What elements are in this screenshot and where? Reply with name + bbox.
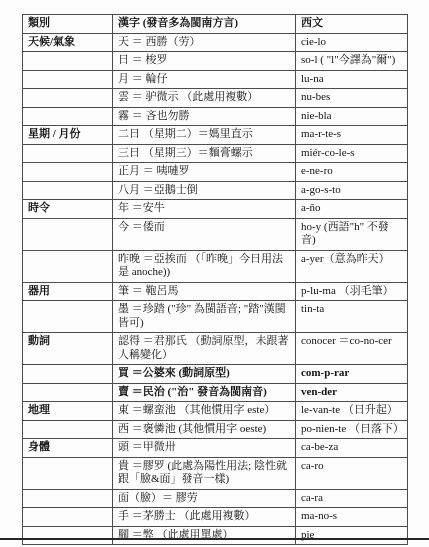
table-row: 面（臉）＝ 膠劳 ca-ra xyxy=(23,489,408,508)
west-cell: a-yer（意為昨天） xyxy=(296,250,408,282)
hanzi-cell: 日 ＝ 梭罗 xyxy=(113,52,296,71)
category-cell xyxy=(23,163,113,182)
table-row: 雲 ＝ 驴微示 （此處用複數） nu-bes xyxy=(23,89,408,108)
table-row: 正月 ＝ 咦嗹罗 e-ne-ro xyxy=(23,163,408,182)
west-cell: conocer ＝co-no-cer xyxy=(296,333,408,365)
category-cell xyxy=(23,52,113,71)
west-cell: nie-bla xyxy=(296,107,408,126)
header-west: 西文 xyxy=(296,15,408,34)
hanzi-cell: 貴 ＝膠罗 (此處為陽性用法; 陰性就跟「臉&面」發音一樣) xyxy=(113,457,296,489)
vocabulary-table: 類別 漢字 (發音多為閩南方言) 西文 天候/氣象 天 ＝ 西勝（劳） cie-… xyxy=(22,14,408,545)
table-row: 月 ＝ 輪仔 lu-na xyxy=(23,70,408,89)
hanzi-cell: 西 ＝褒憐池 (其他慣用字 oeste) xyxy=(113,420,296,439)
category-cell xyxy=(23,107,113,126)
category-cell xyxy=(23,301,113,333)
west-cell: nu-bes xyxy=(296,89,408,108)
hanzi-cell: 正月 ＝ 咦嗹罗 xyxy=(113,163,296,182)
table-row: 昨晚 ＝亞挨而 （「昨晚」今日用法是 anoche)) a-yer（意為昨天） xyxy=(23,250,408,282)
hanzi-cell: 賣 ＝民治 ("治" 發音為閩南音) xyxy=(113,383,296,402)
west-cell: ca-be-za xyxy=(296,439,408,458)
hanzi-cell: 八月 ＝亞鵝士倒 xyxy=(113,181,296,200)
table-row: 日 ＝ 梭罗 so-l ( "l"今譯為"爾") xyxy=(23,52,408,71)
category-cell: 器用 xyxy=(23,282,113,301)
hanzi-cell: 三日 （星期三）＝麵膏螺示 xyxy=(113,144,296,163)
category-cell xyxy=(23,181,113,200)
category-cell: 星期 / 月份 xyxy=(23,126,113,145)
west-cell: pie xyxy=(296,526,408,545)
category-cell xyxy=(23,250,113,282)
west-cell: ma-no-s xyxy=(296,508,408,527)
hanzi-cell: 月 ＝ 輪仔 xyxy=(113,70,296,89)
category-cell xyxy=(23,489,113,508)
table-row: 三日 （星期三）＝麵膏螺示 miér-co-le-s xyxy=(23,144,408,163)
west-cell: ca-ro xyxy=(296,457,408,489)
header-category: 類別 xyxy=(23,15,113,34)
table-row: 器用 筆 ＝ 鞄呂馬 p-lu-ma （羽毛筆） xyxy=(23,282,408,301)
category-cell: 天候/氣象 xyxy=(23,33,113,52)
west-cell: po-nien-te （日落下） xyxy=(296,420,408,439)
table-row: 賣 ＝民治 ("治" 發音為閩南音) ven-der xyxy=(23,383,408,402)
west-cell: com-p-rar xyxy=(296,365,408,384)
category-cell: 地理 xyxy=(23,402,113,421)
table-row: 天候/氣象 天 ＝ 西勝（劳） cie-lo xyxy=(23,33,408,52)
category-cell xyxy=(23,420,113,439)
category-cell xyxy=(23,144,113,163)
west-cell: tin-ta xyxy=(296,301,408,333)
table-row: 霧 ＝ 吝也勿勝 nie-bla xyxy=(23,107,408,126)
category-cell xyxy=(23,457,113,489)
document-page: 類別 漢字 (發音多為閩南方言) 西文 天候/氣象 天 ＝ 西勝（劳） cie-… xyxy=(0,0,429,547)
category-cell: 身體 xyxy=(23,439,113,458)
table-row: 動詞 認得 ＝君那氏 （動詞原型，未跟著人稱變化） conocer ＝co-no… xyxy=(23,333,408,365)
hanzi-cell: 頭 ＝甲微卅 xyxy=(113,439,296,458)
hanzi-cell: 認得 ＝君那氏 （動詞原型，未跟著人稱變化） xyxy=(113,333,296,365)
table-row: 星期 / 月份 二日 （星期二）＝媽里直示 ma-r-te-s xyxy=(23,126,408,145)
west-cell: p-lu-ma （羽毛筆） xyxy=(296,282,408,301)
hanzi-cell: 霧 ＝ 吝也勿勝 xyxy=(113,107,296,126)
west-cell: a-ño xyxy=(296,200,408,219)
table-row: 買 ＝公婆來 (動詞原型) com-p-rar xyxy=(23,365,408,384)
page-bottom-rule xyxy=(0,538,429,540)
category-cell xyxy=(23,218,113,250)
table-row: 八月 ＝亞鵝士倒 a-go-s-to xyxy=(23,181,408,200)
hanzi-cell: 年 ＝安牛 xyxy=(113,200,296,219)
west-cell: ven-der xyxy=(296,383,408,402)
west-cell: miér-co-le-s xyxy=(296,144,408,163)
table-row: 腳 ＝弊 （此處用單處） pie xyxy=(23,526,408,545)
hanzi-cell: 面（臉）＝ 膠劳 xyxy=(113,489,296,508)
category-cell xyxy=(23,508,113,527)
hanzi-cell: 雲 ＝ 驴微示 （此處用複數） xyxy=(113,89,296,108)
category-cell xyxy=(23,383,113,402)
west-cell: so-l ( "l"今譯為"爾") xyxy=(296,52,408,71)
table-row: 身體 頭 ＝甲微卅 ca-be-za xyxy=(23,439,408,458)
category-cell xyxy=(23,89,113,108)
category-cell xyxy=(23,70,113,89)
west-cell: le-van-te （日升起） xyxy=(296,402,408,421)
west-cell: lu-na xyxy=(296,70,408,89)
table-row: 墨 ＝珍踏 ("珍" 為閩語音; "踏"漢閩皆可) tin-ta xyxy=(23,301,408,333)
header-hanzi: 漢字 (發音多為閩南方言) xyxy=(113,15,296,34)
hanzi-cell: 昨晚 ＝亞挨而 （「昨晚」今日用法是 anoche)) xyxy=(113,250,296,282)
category-cell xyxy=(23,526,113,545)
table-header-row: 類別 漢字 (發音多為閩南方言) 西文 xyxy=(23,15,408,34)
hanzi-cell: 手 ＝茅勝士 （此處用複數） xyxy=(113,508,296,527)
table-row: 今 ＝倭而 ho-y (西語"h" 不發音) xyxy=(23,218,408,250)
west-cell: a-go-s-to xyxy=(296,181,408,200)
hanzi-cell: 腳 ＝弊 （此處用單處） xyxy=(113,526,296,545)
hanzi-cell: 墨 ＝珍踏 ("珍" 為閩語音; "踏"漢閩皆可) xyxy=(113,301,296,333)
table-row: 西 ＝褒憐池 (其他慣用字 oeste) po-nien-te （日落下） xyxy=(23,420,408,439)
category-cell xyxy=(23,365,113,384)
hanzi-cell: 二日 （星期二）＝媽里直示 xyxy=(113,126,296,145)
table-row: 貴 ＝膠罗 (此處為陽性用法; 陰性就跟「臉&面」發音一樣) ca-ro xyxy=(23,457,408,489)
table-row: 時令 年 ＝安牛 a-ño xyxy=(23,200,408,219)
hanzi-cell: 今 ＝倭而 xyxy=(113,218,296,250)
west-cell: ho-y (西語"h" 不發音) xyxy=(296,218,408,250)
hanzi-cell: 筆 ＝ 鞄呂馬 xyxy=(113,282,296,301)
hanzi-cell: 天 ＝ 西勝（劳） xyxy=(113,33,296,52)
table-row: 手 ＝茅勝士 （此處用複數） ma-no-s xyxy=(23,508,408,527)
west-cell: ma-r-te-s xyxy=(296,126,408,145)
table-row: 地理 東 ＝螺蛮池 （其他慣用字 este） le-van-te （日升起） xyxy=(23,402,408,421)
west-cell: cie-lo xyxy=(296,33,408,52)
category-cell: 動詞 xyxy=(23,333,113,365)
hanzi-cell: 買 ＝公婆來 (動詞原型) xyxy=(113,365,296,384)
hanzi-cell: 東 ＝螺蛮池 （其他慣用字 este） xyxy=(113,402,296,421)
west-cell: ca-ra xyxy=(296,489,408,508)
west-cell: e-ne-ro xyxy=(296,163,408,182)
category-cell: 時令 xyxy=(23,200,113,219)
